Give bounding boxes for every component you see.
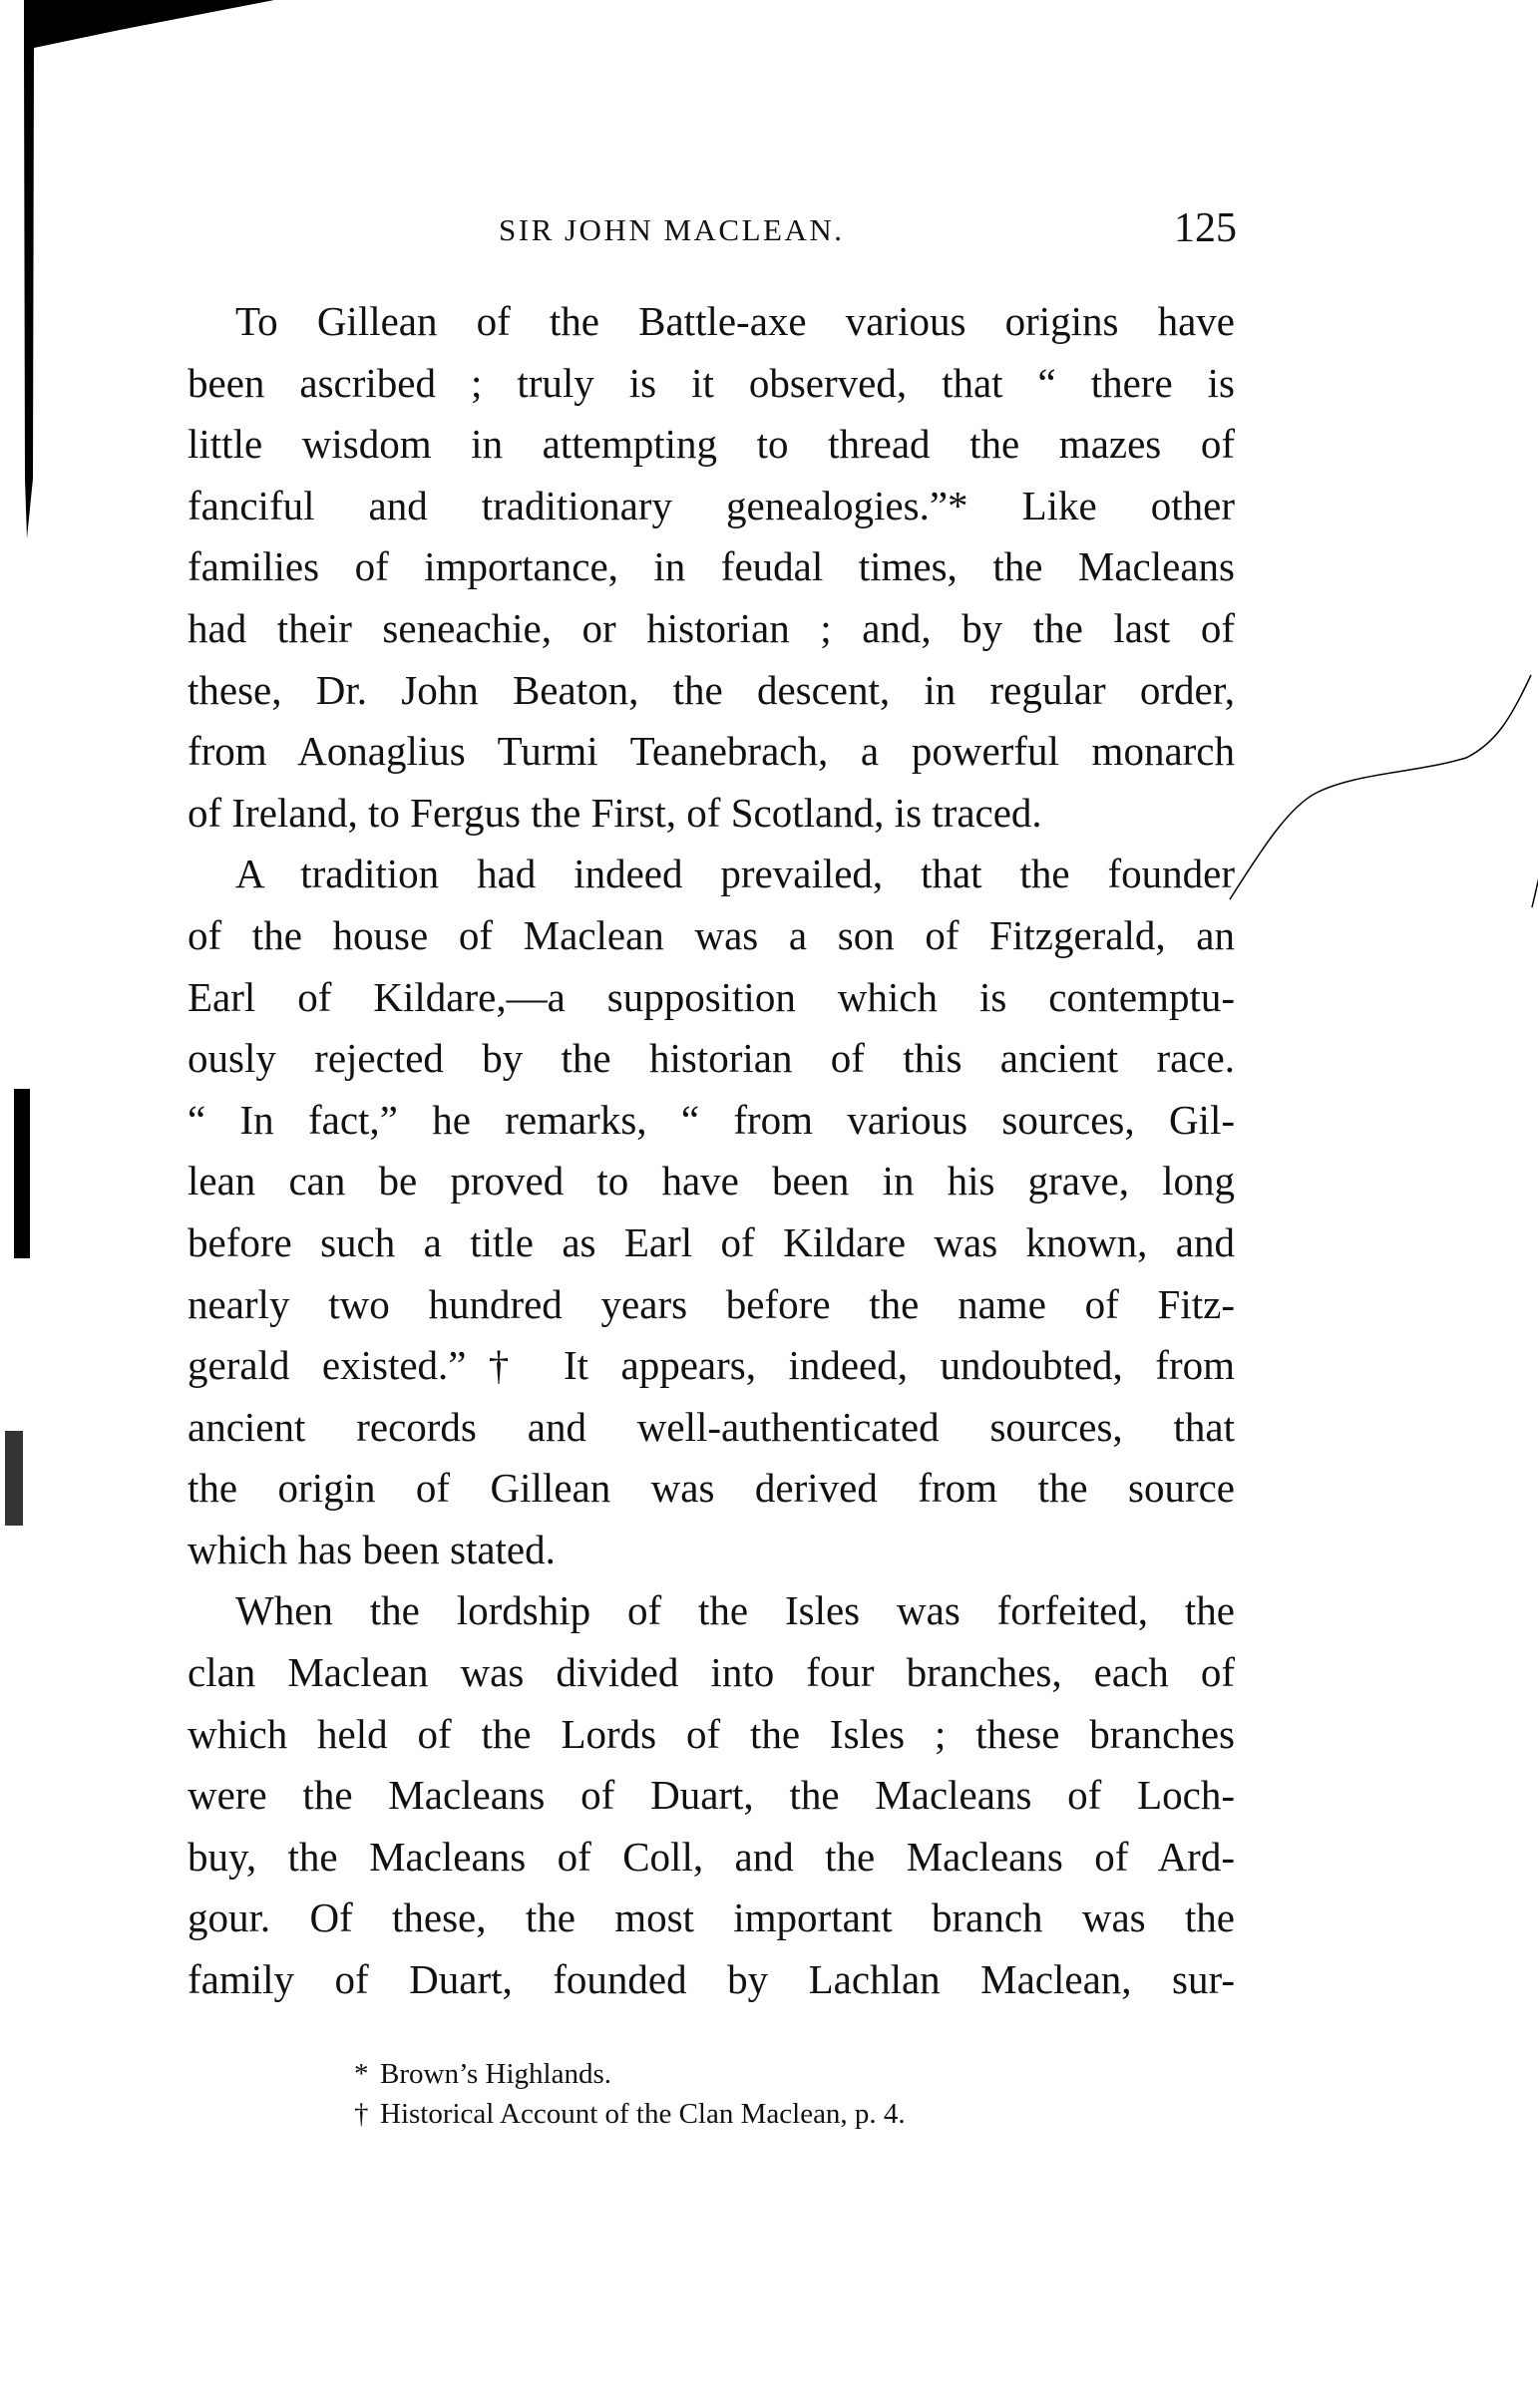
- text-line: A tradition had indeed prevailed, that t…: [188, 844, 1235, 905]
- text-line: buy, the Macleans of Coll, and the Macle…: [188, 1827, 1235, 1889]
- text-line: before such a title as Earl of Kildare w…: [188, 1212, 1235, 1274]
- text-line: Earl of Kildare,—a supposition which is …: [188, 967, 1235, 1029]
- text-line: were the Macleans of Duart, the Macleans…: [188, 1765, 1235, 1827]
- paragraph-1: To Gillean of the Battle-axe various ori…: [188, 291, 1235, 844]
- text-line: gerald existed.”† It appears, indeed, un…: [188, 1335, 1235, 1397]
- text-line: lean can be proved to have been in his g…: [188, 1151, 1235, 1212]
- footnote-mark-dagger: †: [354, 2094, 380, 2134]
- text-line: ously rejected by the historian of this …: [188, 1028, 1235, 1090]
- text-line: from Aonaglius Turmi Teanebrach, a power…: [188, 721, 1235, 783]
- body-text: To Gillean of the Battle-axe various ori…: [188, 291, 1235, 2011]
- text-line: gour. Of these, the most important branc…: [188, 1888, 1235, 1949]
- text-line: these, Dr. John Beaton, the descent, in …: [188, 660, 1235, 722]
- text-line: nearly two hundred years before the name…: [188, 1274, 1235, 1336]
- scanned-book-page: SIR JOHN MACLEAN. 125 To Gillean of the …: [0, 0, 1538, 2408]
- text-line: families of importance, in feudal times,…: [188, 536, 1235, 598]
- footnote: †Historical Account of the Clan Maclean,…: [354, 2094, 1152, 2134]
- paragraph-2: A tradition had indeed prevailed, that t…: [188, 844, 1235, 1580]
- text-line: family of Duart, founded by Lachlan Macl…: [188, 1949, 1235, 2011]
- text-line: the origin of Gillean was derived from t…: [188, 1458, 1235, 1520]
- text-line: of the house of Maclean was a son of Fit…: [188, 905, 1235, 967]
- page-header: SIR JOHN MACLEAN. 125: [499, 204, 1237, 254]
- footnotes: *Brown’s Highlands. †Historical Account …: [354, 2054, 1152, 2134]
- text-line: which held of the Lords of the Isles ; t…: [188, 1704, 1235, 1766]
- text-line: “ In fact,” he remarks, “ from various s…: [188, 1090, 1235, 1152]
- page-number: 125: [1174, 204, 1237, 252]
- text-line: which has been stated.: [188, 1520, 1235, 1581]
- paragraph-3: When the lordship of the Isles was forfe…: [188, 1580, 1235, 2010]
- footnote-text: Historical Account of the Clan Maclean, …: [380, 2098, 906, 2130]
- text-line: When the lordship of the Isles was forfe…: [188, 1580, 1235, 1642]
- text-line: fanciful and traditionary genealogies.”*…: [188, 476, 1235, 537]
- text-line: little wisdom in attempting to thread th…: [188, 414, 1235, 476]
- text-line: had their seneachie, or historian ; and,…: [188, 598, 1235, 660]
- text-line: clan Maclean was divided into four branc…: [188, 1642, 1235, 1704]
- footnote-mark-asterisk: *: [354, 2054, 380, 2094]
- running-head: SIR JOHN MACLEAN.: [499, 212, 845, 248]
- text-line: been ascribed ; truly is it observed, th…: [188, 353, 1235, 415]
- text-line: To Gillean of the Battle-axe various ori…: [188, 291, 1235, 353]
- text-line: ancient records and well-authenticated s…: [188, 1397, 1235, 1459]
- text-line: of Ireland, to Fergus the First, of Scot…: [188, 783, 1235, 845]
- footnote-text: Brown’s Highlands.: [380, 2058, 611, 2090]
- footnote: *Brown’s Highlands.: [354, 2054, 1152, 2094]
